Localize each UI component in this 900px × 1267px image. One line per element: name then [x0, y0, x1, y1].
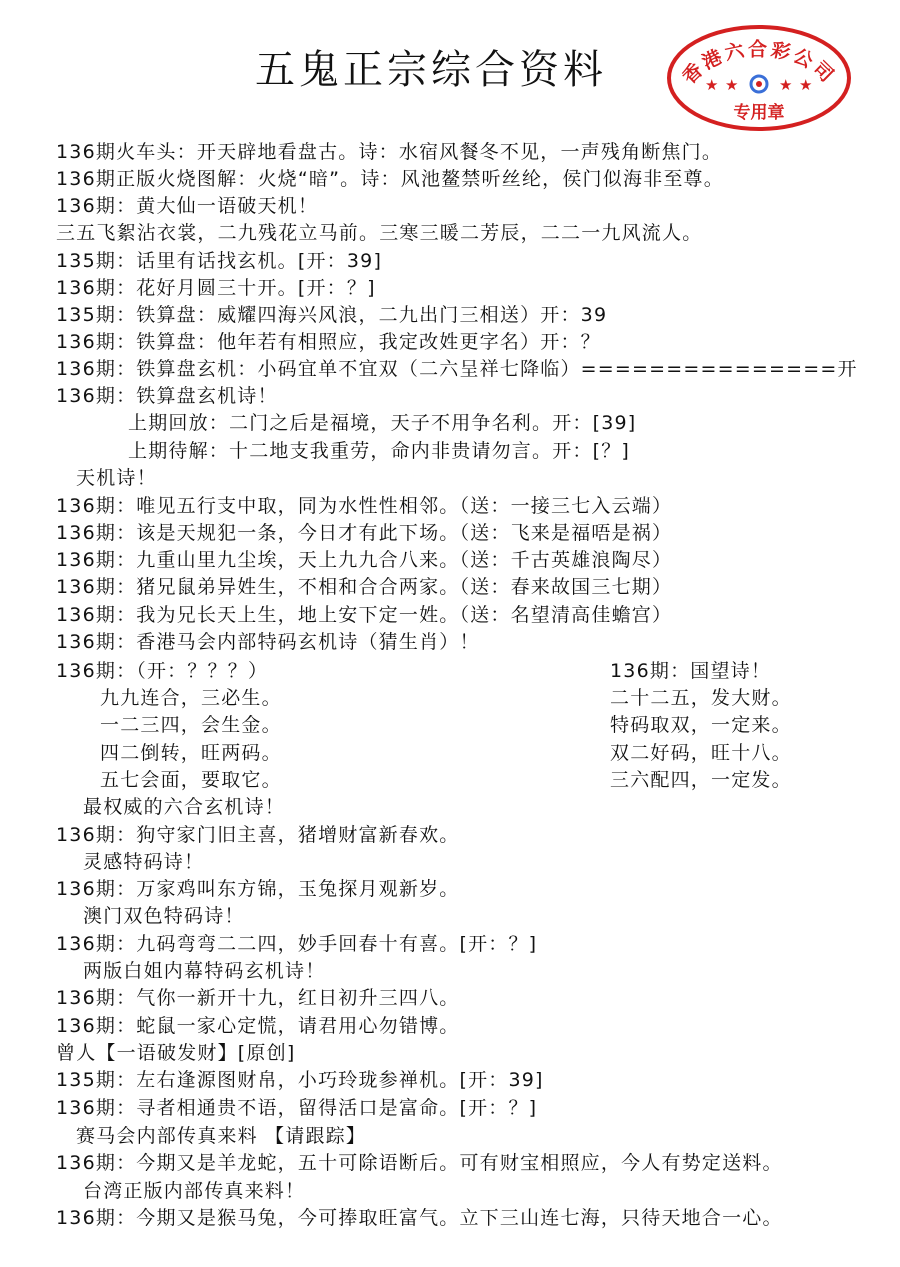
right-poem-line: 双二好码，旺十八。	[610, 740, 792, 766]
text-line: 三五飞絮沾衣裳，二九残花立马前。三寒三暖二芳辰，二二一九风流人。	[56, 220, 702, 246]
svg-text:★: ★	[779, 76, 792, 94]
text-line: 136期火车头：开天辟地看盘古。诗：水宿风餐冬不见，一声残角断焦门。	[56, 139, 722, 165]
poem-line: 五七会面，要取它。	[100, 767, 282, 793]
text-line: 136期正版火烧图解：火烧“暗”。诗：风池鳌禁听丝纶，侯门似海非至尊。	[56, 166, 724, 192]
text-line: 136期：（开：？？？）	[56, 658, 268, 684]
text-line: 上期待解：十二地支我重劳，命内非贵请勿言。开：[？]	[128, 438, 630, 464]
poem-line: 一二三四，会生金。	[100, 712, 282, 738]
text-line: 136期：唯见五行支中取，同为水性性相邻。（送：一接三七入云端）	[56, 493, 672, 519]
section-heading: 赛马会内部传真来料 【请跟踪】	[76, 1123, 366, 1149]
text-line: 136期：我为兄长天上生，地上安下定一姓。（送：名望清高佳蟾宫）	[56, 602, 672, 628]
section-heading: 灵感特码诗！	[83, 849, 204, 875]
company-seal-icon: 香港六合彩公司 ★ ★ ★ ★ 专用章	[665, 24, 853, 132]
section-heading: 天机诗！	[76, 465, 157, 491]
text-line: 136期：九重山里九尘埃，天上九九合八来。（送：千古英雄浪陶尽）	[56, 547, 672, 573]
text-line: 136期：铁算盘玄机诗！	[56, 383, 278, 409]
text-line: 136期：该是天规犯一条，今日才有此下场。（送：飞来是福唔是祸）	[56, 520, 672, 546]
svg-text:★: ★	[799, 76, 812, 94]
text-line: 135期：左右逢源图财帛，小巧玲珑参禅机。[开：39]	[56, 1067, 544, 1093]
poem-line: 九九连合，三必生。	[100, 685, 282, 711]
right-poem-line: 特码取双，一定来。	[610, 712, 792, 738]
section-heading: 台湾正版内部传真来料！	[83, 1178, 305, 1204]
text-line: 136期：万家鸡叫东方锦，玉兔探月观新岁。	[56, 876, 459, 902]
svg-text:★: ★	[725, 76, 738, 94]
text-line: 上期回放：二门之后是福境，天子不用争名利。开：[39]	[128, 410, 636, 436]
page-title: 五鬼正宗综合资料	[255, 38, 607, 95]
text-line: 136期：花好月圆三十开。[开：？]	[56, 275, 376, 301]
text-line: 136期：九码弯弯二二四，妙手回春十有喜。[开：？]	[56, 931, 537, 957]
right-poem-line: 三六配四，一定发。	[610, 767, 792, 793]
text-line: 135期：铁算盘：威耀四海兴风浪，二九出门三相送）开：39	[56, 302, 607, 328]
right-poem-line: 二十二五，发大财。	[610, 685, 792, 711]
text-line: 136期：香港马会内部特码玄机诗（猜生肖）！	[56, 629, 480, 655]
poem-line: 四二倒转，旺两码。	[100, 740, 282, 766]
section-heading: 最权威的六合玄机诗！	[83, 794, 285, 820]
right-poem-title: 136期：国望诗！	[610, 658, 771, 684]
text-line: 136期：狗守家门旧主喜，猪增财富新春欢。	[56, 822, 459, 848]
section-heading: 两版白姐内幕特码玄机诗！	[83, 958, 325, 984]
text-line: 136期：铁算盘：他年若有相照应，我定改姓更字名）开：？	[56, 329, 601, 355]
text-line: 136期：气你一新开十九，红日初升三四八。	[56, 985, 459, 1011]
svg-text:★: ★	[705, 76, 718, 94]
text-line: 136期：寻者相通贵不语，留得活口是富命。[开：？]	[56, 1095, 537, 1121]
text-line: 136期：今期又是猴马兔，今可捧取旺富气。立下三山连七海，只待天地合一心。	[56, 1205, 783, 1231]
text-line: 136期：铁算盘玄机：小码宜单不宜双（二六呈祥七降临）=============…	[56, 356, 858, 382]
section-heading: 曾人【一语破发财】[原创]	[56, 1040, 295, 1066]
text-line: 136期：蛇鼠一家心定慌，请君用心勿错博。	[56, 1013, 459, 1039]
text-line: 135期：话里有话找玄机。[开：39]	[56, 248, 382, 274]
text-line: 136期：猪兄鼠弟异姓生，不相和合合两家。（送：春来故国三七期）	[56, 574, 672, 600]
text-line: 136期：黄大仙一语破天机！	[56, 193, 318, 219]
seal-bottom-text: 专用章	[734, 102, 785, 123]
text-line: 136期：今期又是羊龙蛇，五十可除语断后。可有财宝相照应，今人有势定送料。	[56, 1150, 783, 1176]
section-heading: 澳门双色特码诗！	[83, 903, 245, 929]
